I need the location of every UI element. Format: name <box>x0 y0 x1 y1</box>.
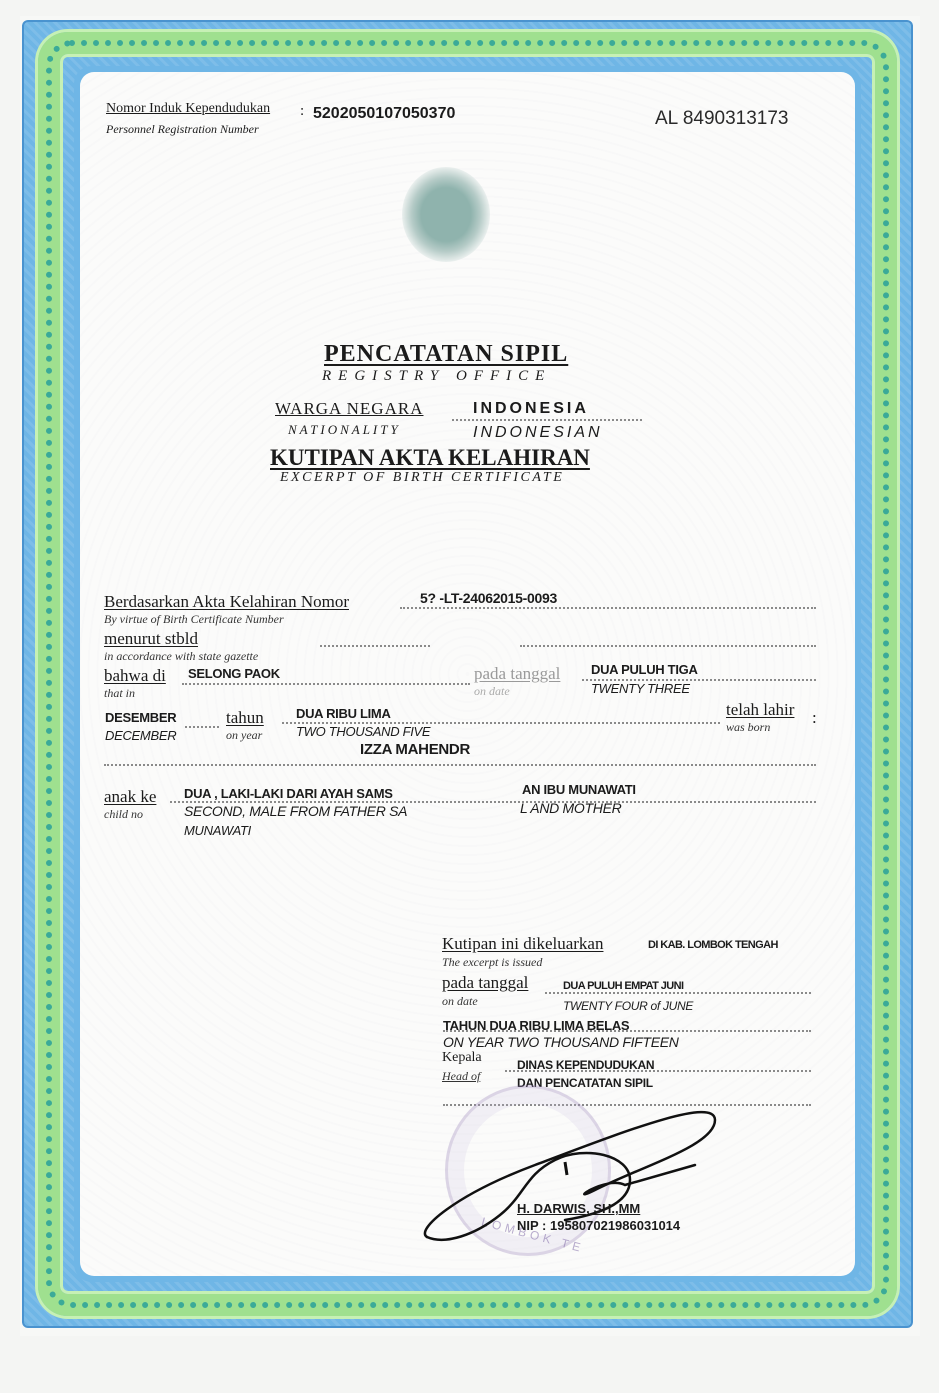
birth-date-label: pada tanggal <box>474 664 560 684</box>
child-no-value-a: DUA , LAKI-LAKI DARI AYAH SAMS <box>184 786 393 801</box>
issued-date-label-en: on date <box>442 994 478 1009</box>
child-no-value-en-a: SECOND, MALE FROM FATHER SA <box>184 803 407 819</box>
cert-number-label: Berdasarkan Akta Kelahiran Nomor <box>104 592 349 612</box>
nik-label: Nomor Induk Kependudukan <box>106 101 270 117</box>
head-label-en: Head of <box>442 1069 480 1084</box>
issued-date-value: DUA PULUH EMPAT JUNI <box>563 980 683 992</box>
issued-year-value-en: ON YEAR TWO THOUSAND FIFTEEN <box>443 1034 679 1050</box>
place-value: SELONG PAOK <box>188 666 280 681</box>
born-label: telah lahir <box>726 700 794 720</box>
place-label-en: that in <box>104 686 135 701</box>
nationality-value: INDONESIA <box>473 400 589 418</box>
child-no-value-en-c: MUNAWATI <box>184 823 251 838</box>
birth-month-value: DESEMBER <box>105 710 176 725</box>
birth-month-value-en: DECEMBER <box>105 728 176 743</box>
child-name: IZZA MAHENDR <box>360 741 470 758</box>
nationality-label: WARGA NEGARA <box>275 399 423 419</box>
stbld-label-en: in accordance with state gazette <box>104 649 258 664</box>
stbld-label: menurut stbld <box>104 629 198 649</box>
issued-place-value: DI KAB. LOMBOK TENGAH <box>648 939 778 951</box>
nationality-value-en: INDONESIAN <box>473 424 603 442</box>
office-title-en: REGISTRY OFFICE <box>322 368 551 385</box>
nik-label-en: Personnel Registration Number <box>106 122 259 137</box>
birth-year-value: DUA RIBU LIMA <box>296 706 391 721</box>
signatory-nip: NIP : 195807021986031014 <box>517 1218 680 1233</box>
issued-date-label: pada tanggal <box>442 973 528 993</box>
birth-year-label: tahun <box>226 708 264 728</box>
signatory-name: H. DARWIS, SH.,MM <box>517 1201 640 1216</box>
birth-year-value-en: TWO THOUSAND FIVE <box>296 724 430 739</box>
cert-number-value: 5? -LT-24062015-0093 <box>420 590 557 606</box>
birth-date-value: DUA PULUH TIGA <box>591 662 698 677</box>
nik-separator: : <box>300 103 304 120</box>
issued-label-en: The excerpt is issued <box>442 955 542 970</box>
born-colon: : <box>812 708 817 728</box>
issued-date-value-en: TWENTY FOUR of JUNE <box>563 999 693 1013</box>
child-no-label-en: child no <box>104 807 143 822</box>
child-no-value-en-b: L AND MOTHER <box>520 800 621 816</box>
office-title: PENCATATAN SIPIL <box>324 341 568 368</box>
document-title-en: EXCERPT OF BIRTH CERTIFICATE <box>280 470 564 486</box>
garuda-emblem-icon <box>402 167 490 262</box>
nationality-label-en: NATIONALITY <box>288 422 401 438</box>
birth-date-value-en: TWENTY THREE <box>591 681 690 696</box>
born-label-en: was born <box>726 720 770 735</box>
document-title: KUTIPAN AKTA KELAHIRAN <box>270 445 590 471</box>
serial-number: AL 8490313173 <box>655 108 788 130</box>
nik-value: 5202050107050370 <box>313 105 455 123</box>
head-label: Kepala <box>442 1050 482 1066</box>
birth-year-label-en: on year <box>226 728 262 743</box>
cert-number-label-en: By virtue of Birth Certificate Number <box>104 612 284 627</box>
child-no-value-b: AN IBU MUNAWATI <box>522 782 636 797</box>
birth-date-label-en: on date <box>474 684 510 699</box>
issued-label: Kutipan ini dikeluarkan <box>442 934 603 954</box>
place-label: bahwa di <box>104 666 166 686</box>
child-no-label: anak ke <box>104 787 156 807</box>
